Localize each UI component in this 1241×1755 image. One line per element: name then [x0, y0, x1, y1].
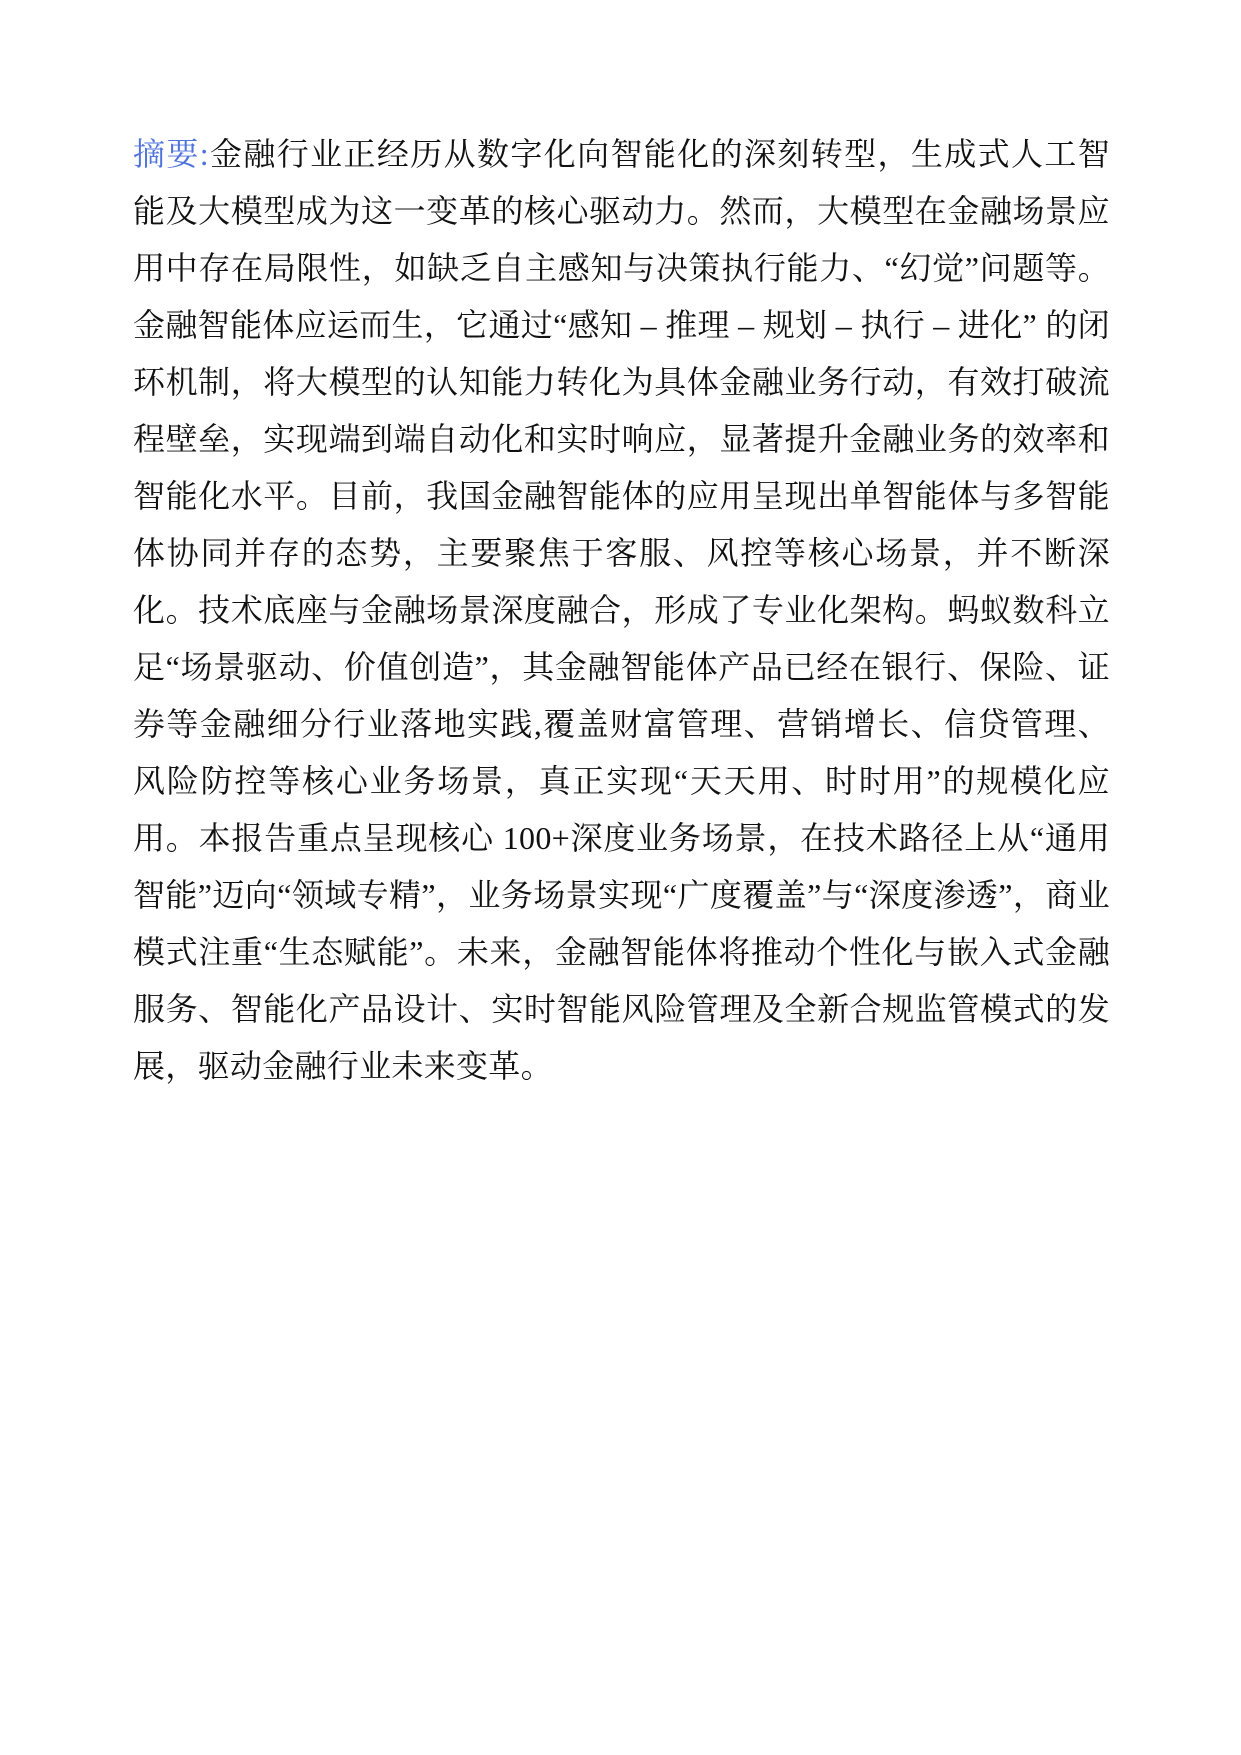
- abstract-paragraph: 摘要:金融行业正经历从数字化向智能化的深刻转型，生成式人工智能及大模型成为这一变…: [133, 126, 1110, 1095]
- abstract-label: 摘要:: [133, 136, 209, 172]
- abstract-text: 金融行业正经历从数字化向智能化的深刻转型，生成式人工智能及大模型成为这一变革的核…: [133, 136, 1110, 1084]
- document-page: 摘要:金融行业正经历从数字化向智能化的深刻转型，生成式人工智能及大模型成为这一变…: [0, 0, 1241, 1755]
